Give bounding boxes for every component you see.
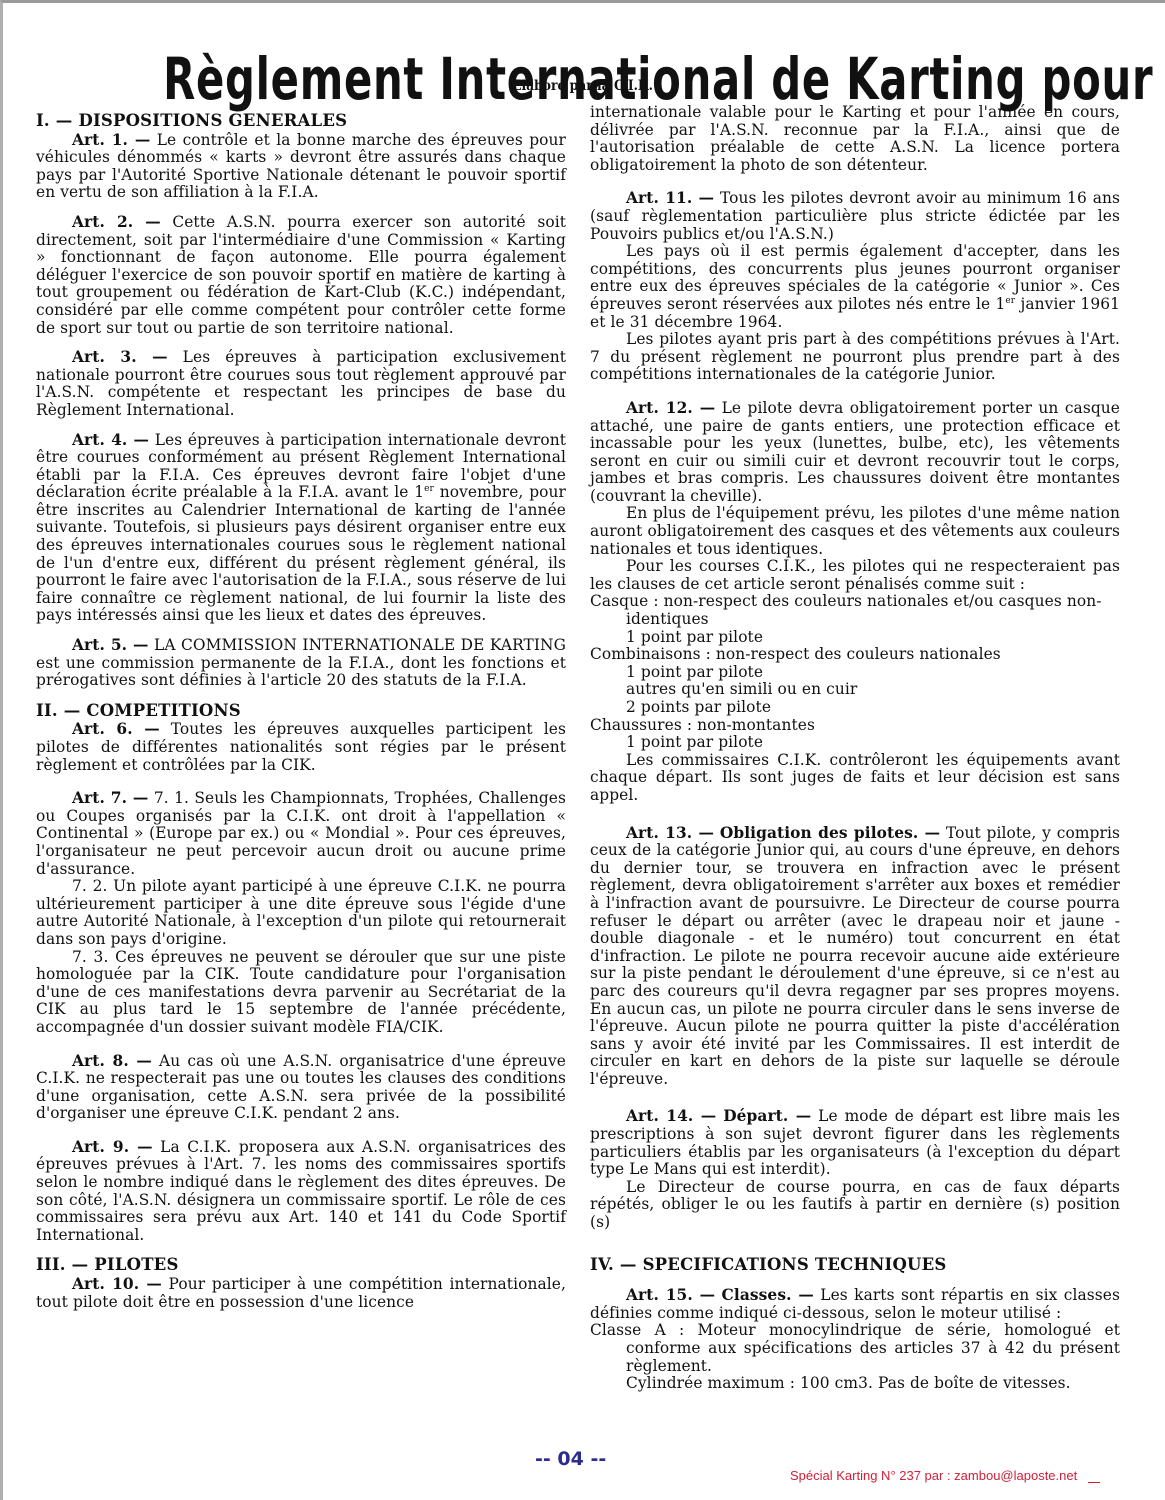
article-11-p3: Les pilotes ayant pris part à des compét… [590, 331, 1120, 384]
article-label: Art. 4. — [72, 431, 149, 449]
article-label: Art. 5. — [72, 636, 149, 654]
article-15: Art. 15. — Classes. — Les karts sont rép… [590, 1287, 1120, 1322]
article-7: Art. 7. — 7. 1. Seuls les Championnats, … [36, 790, 566, 878]
article-text: novembre, pour être inscrites au Calendr… [36, 483, 566, 624]
article-label: Art. 9. — [72, 1138, 153, 1156]
article-13: Art. 13. — Obligation des pilotes. — Tou… [590, 825, 1120, 1089]
article-label: Art. 10. — [72, 1275, 162, 1293]
article-label: Art. 2. — [72, 213, 161, 231]
section-heading-competitions: II. — COMPETITIONS [36, 702, 566, 720]
footer-credit: Spécial Karting N° 237 par : zambou@lapo… [790, 1468, 1077, 1483]
page-subtitle: Elaboré par la C.I.K. [70, 78, 1095, 94]
article-label: Art. 14. — [626, 1107, 716, 1125]
penalty-list: Casque : non-respect des couleurs nation… [590, 593, 1120, 751]
article-text: Cette A.S.N. pourra exercer son autorité… [36, 213, 566, 337]
article-6: Art. 6. — Toutes les épreuves auxquelles… [36, 721, 566, 774]
footer-dash [1088, 1482, 1100, 1483]
left-column: I. — DISPOSITIONS GENERALES Art. 1. — Le… [36, 112, 566, 1311]
article-11-p2: Les pays où il est permis également d'ac… [590, 243, 1120, 331]
article-label: Art. 12. — [626, 399, 715, 417]
article-2: Art. 2. — Cette A.S.N. pourra exercer so… [36, 214, 566, 337]
article-title: Obligation des pilotes. — [720, 824, 940, 842]
article-7-2: 7. 2. Un pilote ayant participé à une ép… [36, 878, 566, 948]
article-label: Art. 15. — [626, 1286, 715, 1304]
article-12: Art. 12. — Le pilote devra obligatoireme… [590, 400, 1120, 506]
penalty-line: Chaussures : non-montantes [590, 717, 1120, 735]
article-label: Art. 13. — [626, 824, 714, 842]
article-text: Tout pilote, y compris ceux de la catégo… [590, 824, 1120, 1088]
article-14: Art. 14. — Départ. — Le mode de départ e… [590, 1108, 1120, 1178]
article-12-p3: Pour les courses C.I.K., les pilotes qui… [590, 558, 1120, 593]
article-4: Art. 4. — Les épreuves à participation i… [36, 432, 566, 626]
article-12-p2: En plus de l'équipement prévu, les pilot… [590, 505, 1120, 558]
article-label: Art. 3. — [72, 348, 168, 366]
section-heading-dispositions: I. — DISPOSITIONS GENERALES [36, 112, 566, 130]
classe-a: Classe A : Moteur monocylindrique de sér… [590, 1322, 1120, 1375]
article-7-3: 7. 3. Ces épreuves ne peuvent se déroule… [36, 949, 566, 1037]
article-10: Art. 10. — Pour participer à une compéti… [36, 1276, 566, 1311]
penalty-line: 1 point par pilote [590, 734, 1120, 752]
article-label: Art. 1. — [72, 131, 150, 149]
page-number: -- 04 -- [535, 1448, 606, 1470]
penalty-line: 1 point par pilote [590, 629, 1120, 647]
penalty-line: 1 point par pilote [590, 664, 1120, 682]
article-11: Art. 11. — Tous les pilotes devront avoi… [590, 190, 1120, 243]
article-title: Départ. — [723, 1107, 811, 1125]
article-label: Art. 8. — [72, 1052, 152, 1070]
superscript: er [424, 484, 434, 494]
superscript: er [1005, 296, 1015, 306]
article-10-continued: internationale valable pour le Karting e… [590, 104, 1120, 174]
article-5: Art. 5. — LA COMMISSION INTERNATIONALE D… [36, 637, 566, 690]
right-column: internationale valable pour le Karting e… [590, 104, 1120, 1393]
article-12-p4: Les commissaires C.I.K. contrôleront les… [590, 752, 1120, 805]
article-3: Art. 3. — Les épreuves à participation e… [36, 349, 566, 419]
article-label: Art. 11. — [626, 189, 714, 207]
article-8: Art. 8. — Au cas où une A.S.N. organisat… [36, 1053, 566, 1123]
penalty-line: autres qu'en simili ou en cuir [590, 681, 1120, 699]
section-heading-specifications: IV. — SPECIFICATIONS TECHNIQUES [590, 1256, 1120, 1274]
classe-a-cylindree: Cylindrée maximum : 100 cm3. Pas de boît… [590, 1375, 1120, 1393]
penalty-line: 2 points par pilote [590, 699, 1120, 717]
section-heading-pilotes: III. — PILOTES [36, 1256, 566, 1274]
article-title: Classes. — [722, 1286, 814, 1304]
article-9: Art. 9. — La C.I.K. proposera aux A.S.N.… [36, 1139, 566, 1245]
penalty-line: Combinaisons : non-respect des couleurs … [590, 646, 1120, 664]
article-14-p2: Le Directeur de course pourra, en cas de… [590, 1179, 1120, 1232]
penalty-line: Casque : non-respect des couleurs nation… [590, 593, 1120, 628]
article-1: Art. 1. — Le contrôle et la bonne marche… [36, 132, 566, 202]
article-label: Art. 7. — [72, 789, 148, 807]
article-label: Art. 6. — [72, 720, 160, 738]
